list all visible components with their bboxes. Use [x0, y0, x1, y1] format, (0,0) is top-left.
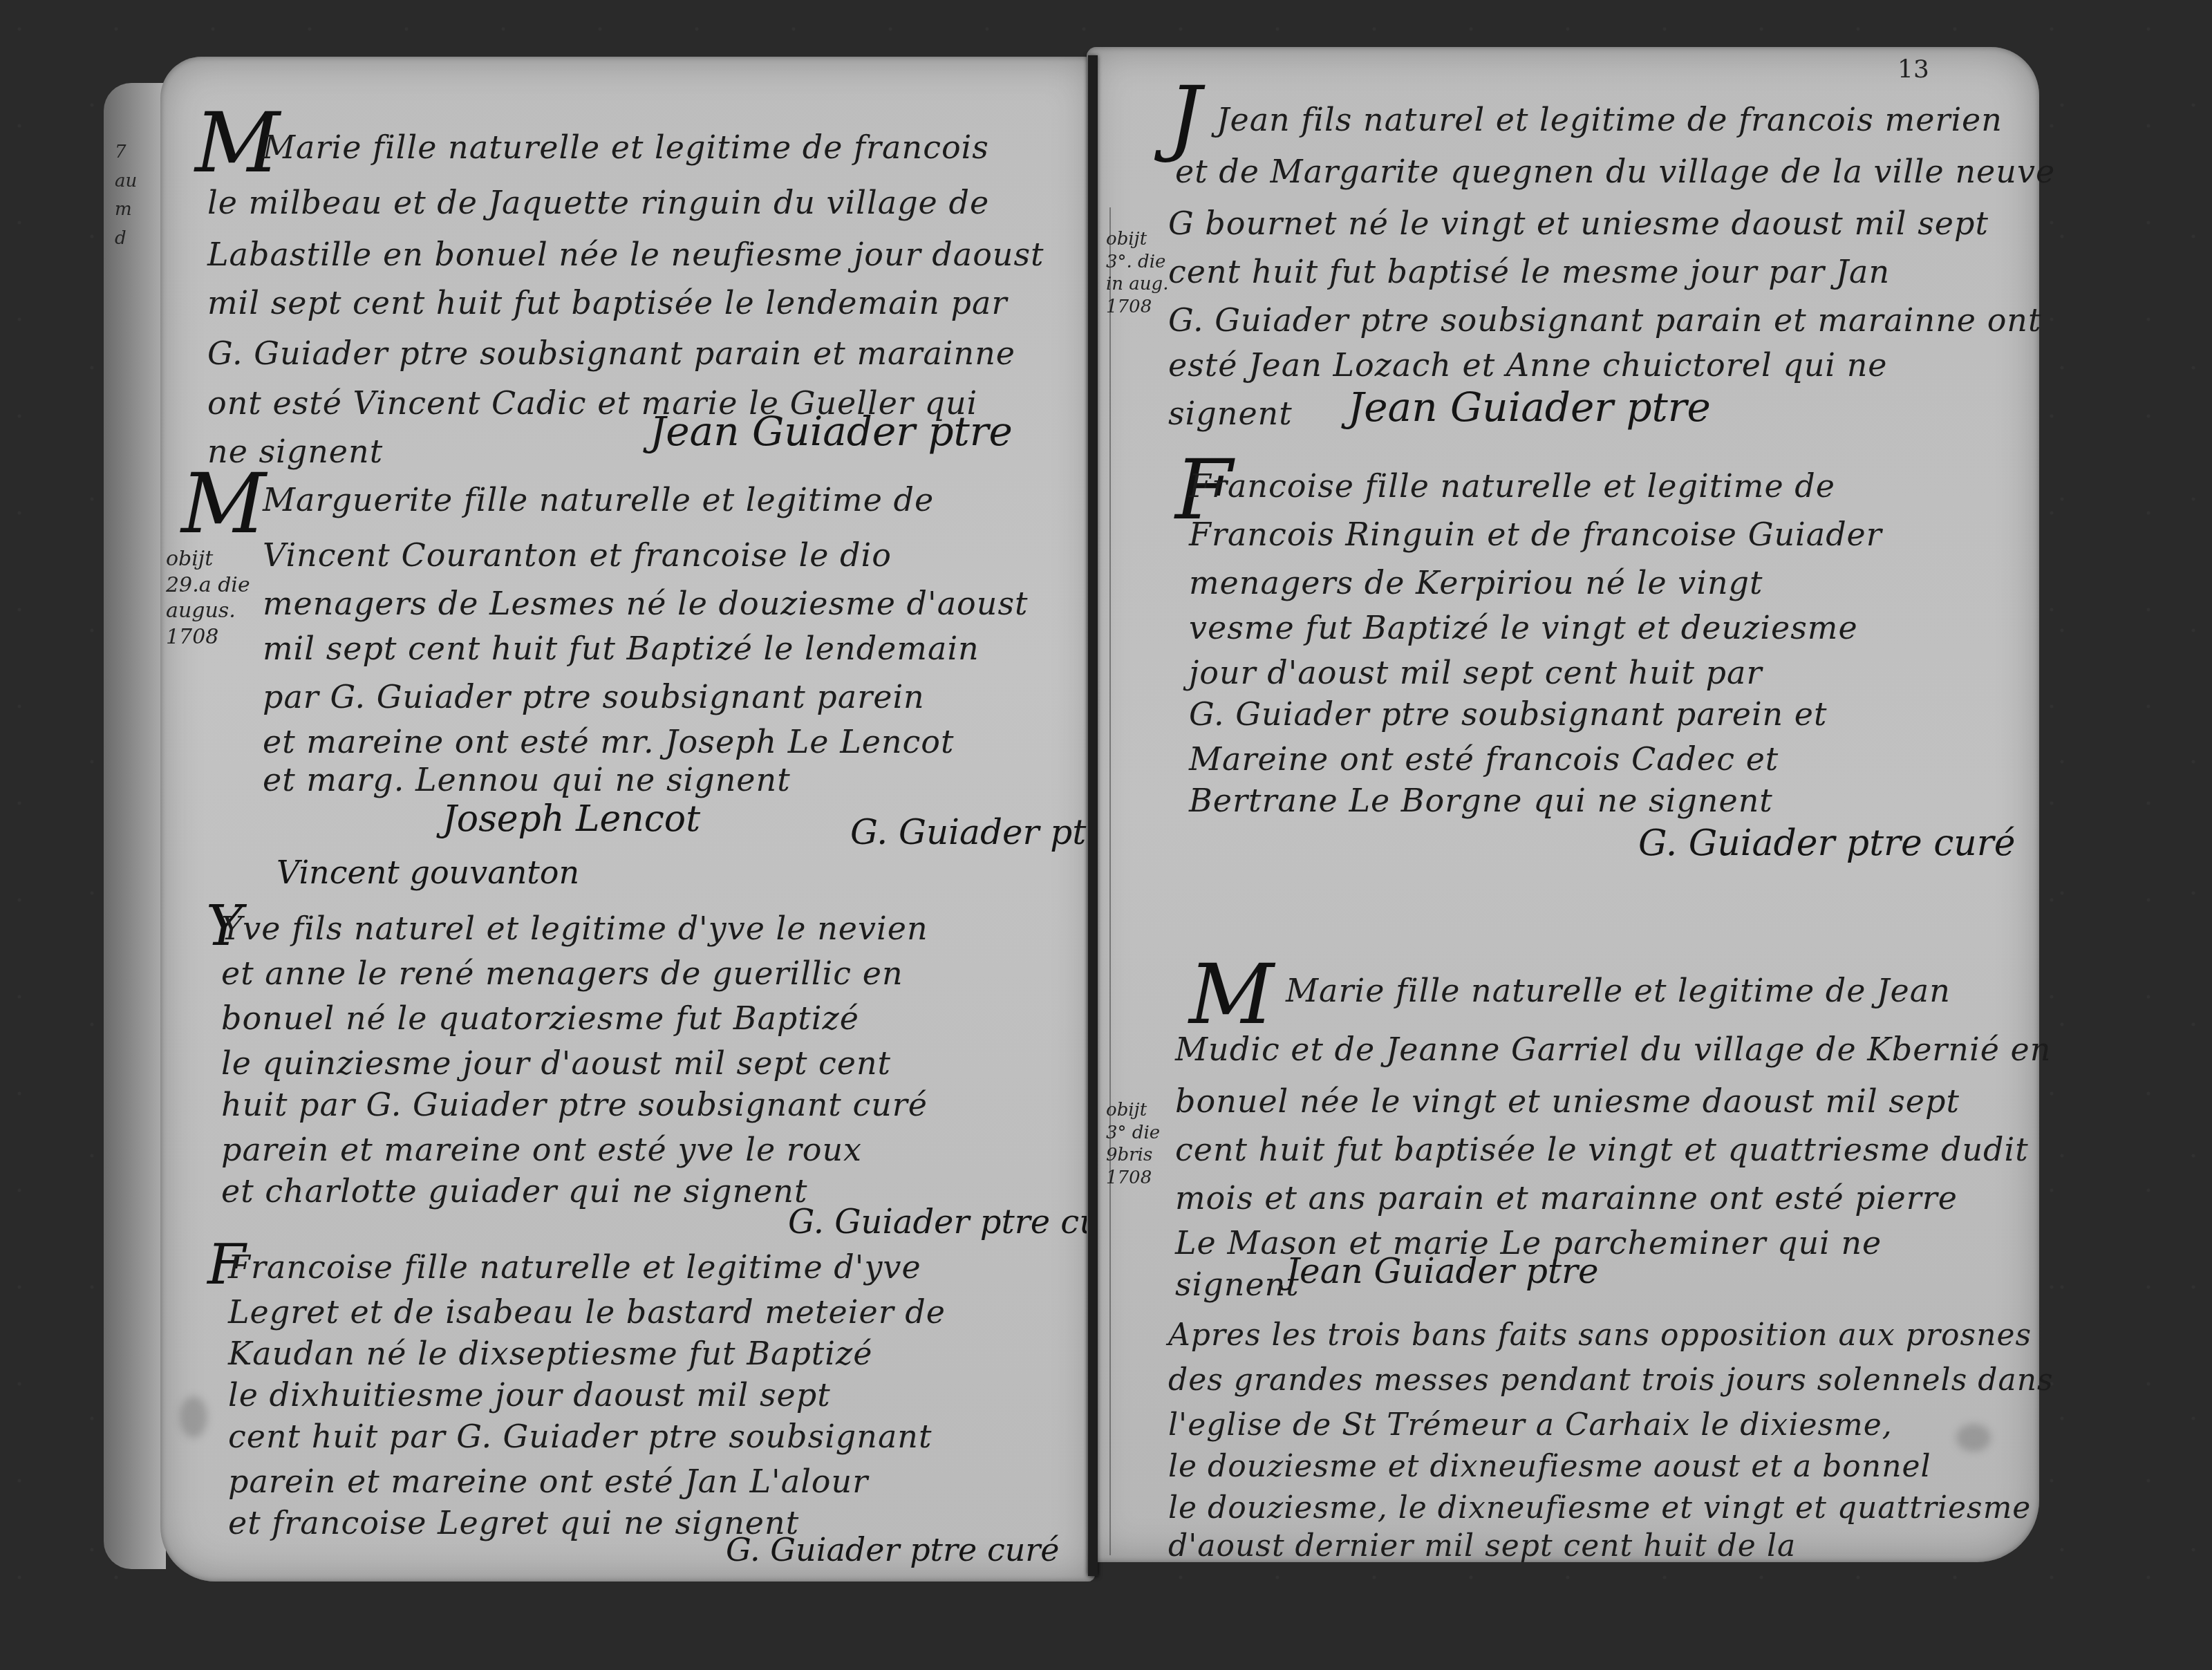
book-gutter-line: [1088, 55, 1098, 1576]
entry-line: le dixhuitiesme jour daoust mil sept: [228, 1379, 831, 1411]
entry-line: et mareine ont esté mr. Joseph Le Lencot: [263, 726, 955, 758]
entry-initial: M: [1189, 954, 1274, 1037]
entry-line: Labastille en bonuel née le neufiesme jo…: [207, 238, 1044, 270]
entry-line: cent huit fut baptisé le mesme jour par …: [1168, 256, 1890, 288]
entry-line: vesme fut Baptizé le vingt et deuziesme: [1189, 612, 1858, 644]
entry-line: Jean fils naturel et legitime de francoi…: [1217, 104, 2003, 135]
entry-line: Mareine ont esté francois Cadec et: [1189, 743, 1779, 775]
entry-line: esté Jean Lozach et Anne chuictorel qui …: [1168, 349, 1888, 381]
entry-line: et charlotte guiader qui ne signent: [221, 1175, 807, 1207]
entry-line: Francois Ringuin et de francoise Guiader: [1189, 518, 1882, 550]
entry-line: menagers de Kerpiriou né le vingt: [1189, 567, 1763, 599]
entry-initial: M: [181, 463, 266, 546]
signature-priest: G. Guiader ptre: [850, 812, 1123, 852]
entry-line: Marie fille naturelle et legitime de Jea…: [1286, 975, 1951, 1006]
entry-line: Francoise fille naturelle et legitime de: [1189, 470, 1835, 502]
entry-line: le douziesme et dixneufiesme aoust et a …: [1168, 1452, 1931, 1482]
entry-line: parein et mareine ont esté Jan L'alour: [228, 1465, 868, 1497]
signature: G. Guiader ptre curé: [726, 1531, 1060, 1568]
entry-line: le quinziesme jour d'aoust mil sept cent: [221, 1047, 891, 1079]
signature: Jean Guiader ptre: [1286, 1251, 1598, 1291]
signature: G. Guiader ptre curé: [1638, 823, 2015, 864]
entry-line: Kaudan né le dixseptiesme fut Baptizé: [228, 1338, 873, 1369]
signature: Jean Guiader ptre: [650, 408, 1013, 455]
signature-witness: Joseph Lencot: [442, 798, 700, 840]
entry-line: parein et mareine ont esté yve le roux: [221, 1134, 862, 1165]
entry-line: et de Margarite quegnen du village de la…: [1175, 156, 2055, 187]
entry-initial: J: [1168, 76, 1201, 159]
entry-line: le milbeau et de Jaquette ringuin du vil…: [207, 187, 989, 218]
page-number: 13: [1897, 55, 1929, 84]
entry-line: mois et ans parain et marainne ont esté …: [1175, 1182, 1958, 1214]
entry-line: et marg. Lennou qui ne signent: [263, 764, 791, 796]
entry-line: signent: [1175, 1268, 1300, 1300]
entry-line: d'aoust dernier mil sept cent huit de la: [1168, 1531, 1796, 1561]
entry-line: G bournet né le vingt et uniesme daoust …: [1168, 207, 1989, 239]
ink-stain: [180, 1396, 207, 1438]
entry-line: des grandes messes pendant trois jours s…: [1168, 1365, 2054, 1396]
margin-death-note: obijt 29.a die augus. 1708: [166, 546, 250, 650]
entry-line: Legret et de isabeau le bastard meteier …: [228, 1296, 946, 1328]
entry-line: Vincent Couranton et francoise le dio: [263, 539, 892, 571]
entry-line: cent huit fut baptisée le vingt et quatt…: [1175, 1134, 2029, 1165]
entry-line: jour d'aoust mil sept cent huit par: [1189, 657, 1762, 688]
entry-line: bonuel née le vingt et uniesme daoust mi…: [1175, 1085, 1960, 1117]
entry-line: menagers de Lesmes né le douziesme d'aou…: [263, 588, 1028, 619]
margin-death-note: obijt 3° die 9bris 1708: [1106, 1099, 1160, 1189]
signature-father: Vincent gouvanton: [276, 854, 579, 891]
edge-marks: 7 au m d: [115, 138, 137, 253]
entry-line: G. Guiader ptre soubsignant parein et: [1189, 698, 1828, 730]
signature: G. Guiader ptre curé: [788, 1203, 1136, 1241]
entry-line: l'eglise de St Trémeur a Carhaix le dixi…: [1168, 1410, 1893, 1441]
entry-line: signent: [1168, 397, 1293, 429]
entry-line: et anne le rené menagers de guerillic en: [221, 957, 903, 989]
margin-death-note: obijt 3°. die in aug. 1708: [1106, 228, 1168, 318]
entry-line: Mudic et de Jeanne Garriel du village de…: [1175, 1033, 2051, 1065]
margin-rule: [1109, 207, 1111, 1555]
entry-line: par G. Guiader ptre soubsignant parein: [263, 681, 925, 713]
entry-line: G. Guiader ptre soubsignant parain et ma…: [207, 337, 1015, 369]
entry-line: bonuel né le quatorziesme fut Baptizé: [221, 1002, 859, 1034]
entry-line: Bertrane Le Borgne qui ne signent: [1189, 785, 1773, 816]
entry-line: cent huit par G. Guiader ptre soubsignan…: [228, 1420, 932, 1452]
signature: Jean Guiader ptre: [1348, 384, 1711, 431]
entry-line: G. Guiader ptre soubsignant parain et ma…: [1168, 304, 2041, 336]
entry-line: et francoise Legret qui ne signent: [228, 1507, 799, 1539]
entry-line: Marie fille naturelle et legitime de fra…: [263, 131, 989, 163]
entry-line: Marguerite fille naturelle et legitime d…: [263, 484, 934, 516]
entry-line: Francoise fille naturelle et legitime d'…: [228, 1251, 921, 1283]
book-edge: [104, 83, 166, 1569]
entry-line: mil sept cent huit fut Baptizé le lendem…: [263, 632, 980, 664]
entry-line: huit par G. Guiader ptre soubsignant cur…: [221, 1089, 928, 1120]
entry-line: Apres les trois bans faits sans oppositi…: [1168, 1320, 2032, 1351]
entry-line: mil sept cent huit fut baptisée le lende…: [207, 287, 1007, 319]
entry-line: le douziesme, le dixneufiesme et vingt e…: [1168, 1493, 2031, 1523]
entry-line: Yve fils naturel et legitime d'yve le ne…: [221, 912, 928, 944]
ink-blot: [1956, 1424, 1991, 1452]
